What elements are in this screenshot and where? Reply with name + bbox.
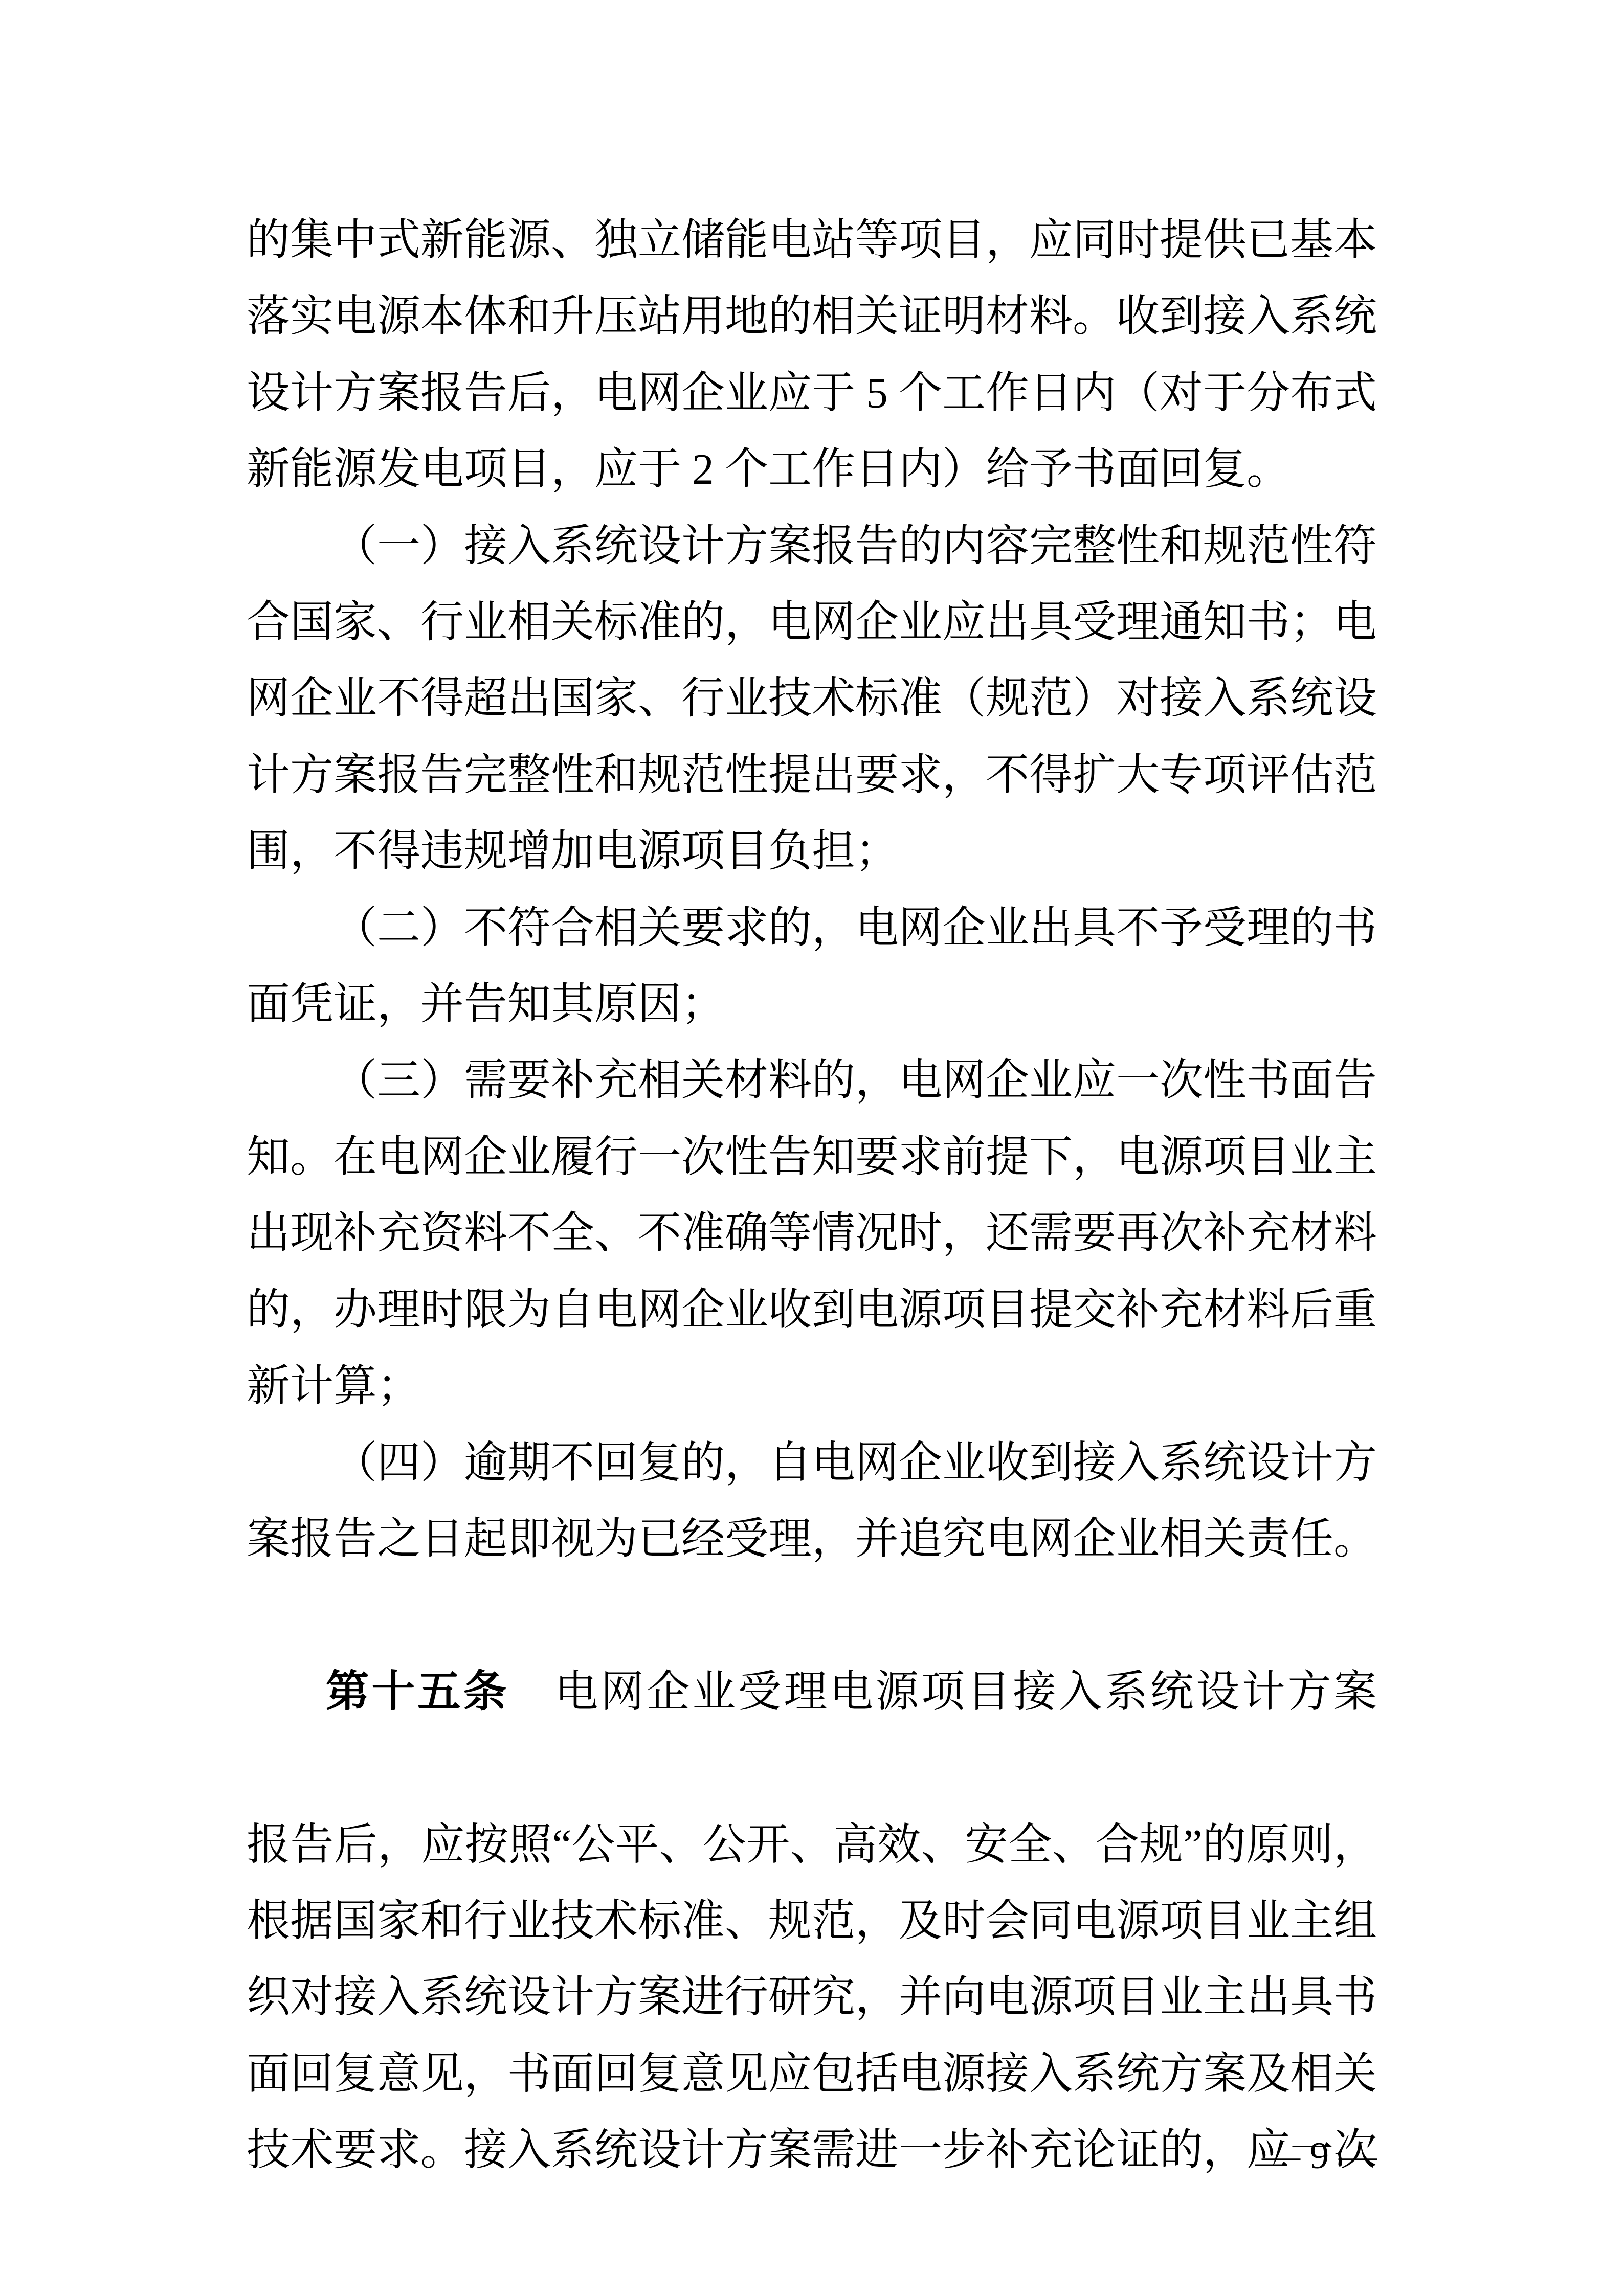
- text-line: 织对接入系统设计方案进行研究，并向电源项目业主出具书: [247, 1960, 1377, 2036]
- text-line: 计方案报告完整性和规范性提出要求，不得扩大专项评估范: [247, 737, 1377, 814]
- text-line: （四）逾期不回复的，自电网企业收到接入系统设计方: [247, 1425, 1377, 1501]
- text-line: 的集中式新能源、独立储能电站等项目，应同时提供已基本: [247, 202, 1377, 279]
- document-page: 的集中式新能源、独立储能电站等项目，应同时提供已基本 落实电源本体和升压站用地的…: [0, 0, 1624, 2296]
- text-line: 网企业不得超出国家、行业技术标准（规范）对接入系统设: [247, 661, 1377, 737]
- page-number: — 9 —: [1262, 2134, 1377, 2177]
- text-line: 面凭证，并告知其原因；: [247, 966, 1377, 1043]
- text-line: 面回复意见，书面回复意见应包括电源接入系统方案及相关: [247, 2036, 1377, 2112]
- article-number: 第十五条: [326, 1668, 509, 1716]
- text-line: （二）不符合相关要求的，电网企业出具不予受理的书: [247, 890, 1377, 966]
- text-line: 知。在电网企业履行一次性告知要求前提下，电源项目业主: [247, 1119, 1377, 1196]
- text-line: 围，不得违规增加电源项目负担；: [247, 814, 1377, 890]
- text-line: 出现补充资料不全、不准确等情况时，还需要再次补充材料: [247, 1196, 1377, 1272]
- text-line: 的，办理时限为自电网企业收到电源项目提交补充材料后重: [247, 1272, 1377, 1348]
- article-title-text: 电网企业受理电源项目接入系统设计方案: [509, 1668, 1377, 1716]
- text-line: 设计方案报告后，电网企业应于 5 个工作日内（对于分布式: [247, 355, 1377, 432]
- document-body: 的集中式新能源、独立储能电站等项目，应同时提供已基本 落实电源本体和升压站用地的…: [247, 202, 1377, 2189]
- text-line: 新计算；: [247, 1348, 1377, 1425]
- page-footer: — 9 —: [247, 2136, 1377, 2175]
- text-line: 合国家、行业相关标准的，电网企业应出具受理通知书；电: [247, 584, 1377, 661]
- text-line: （一）接入系统设计方案报告的内容完整性和规范性符: [247, 508, 1377, 584]
- text-line: 案报告之日起即视为已经受理，并追究电网企业相关责任。: [247, 1501, 1377, 1578]
- text-line: 根据国家和行业技术标准、规范，及时会同电源项目业主组: [247, 1883, 1377, 1960]
- text-line: 新能源发电项目，应于 2 个工作日内）给予书面回复。: [247, 432, 1377, 508]
- text-line: 落实电源本体和升压站用地的相关证明材料。收到接入系统: [247, 279, 1377, 355]
- text-line: 第十五条 电网企业受理电源项目接入系统设计方案: [247, 1578, 1377, 1807]
- text-line: 报告后，应按照“公平、公开、高效、安全、合规”的原则，: [247, 1807, 1377, 1883]
- text-line: （三）需要补充相关材料的，电网企业应一次性书面告: [247, 1043, 1377, 1119]
